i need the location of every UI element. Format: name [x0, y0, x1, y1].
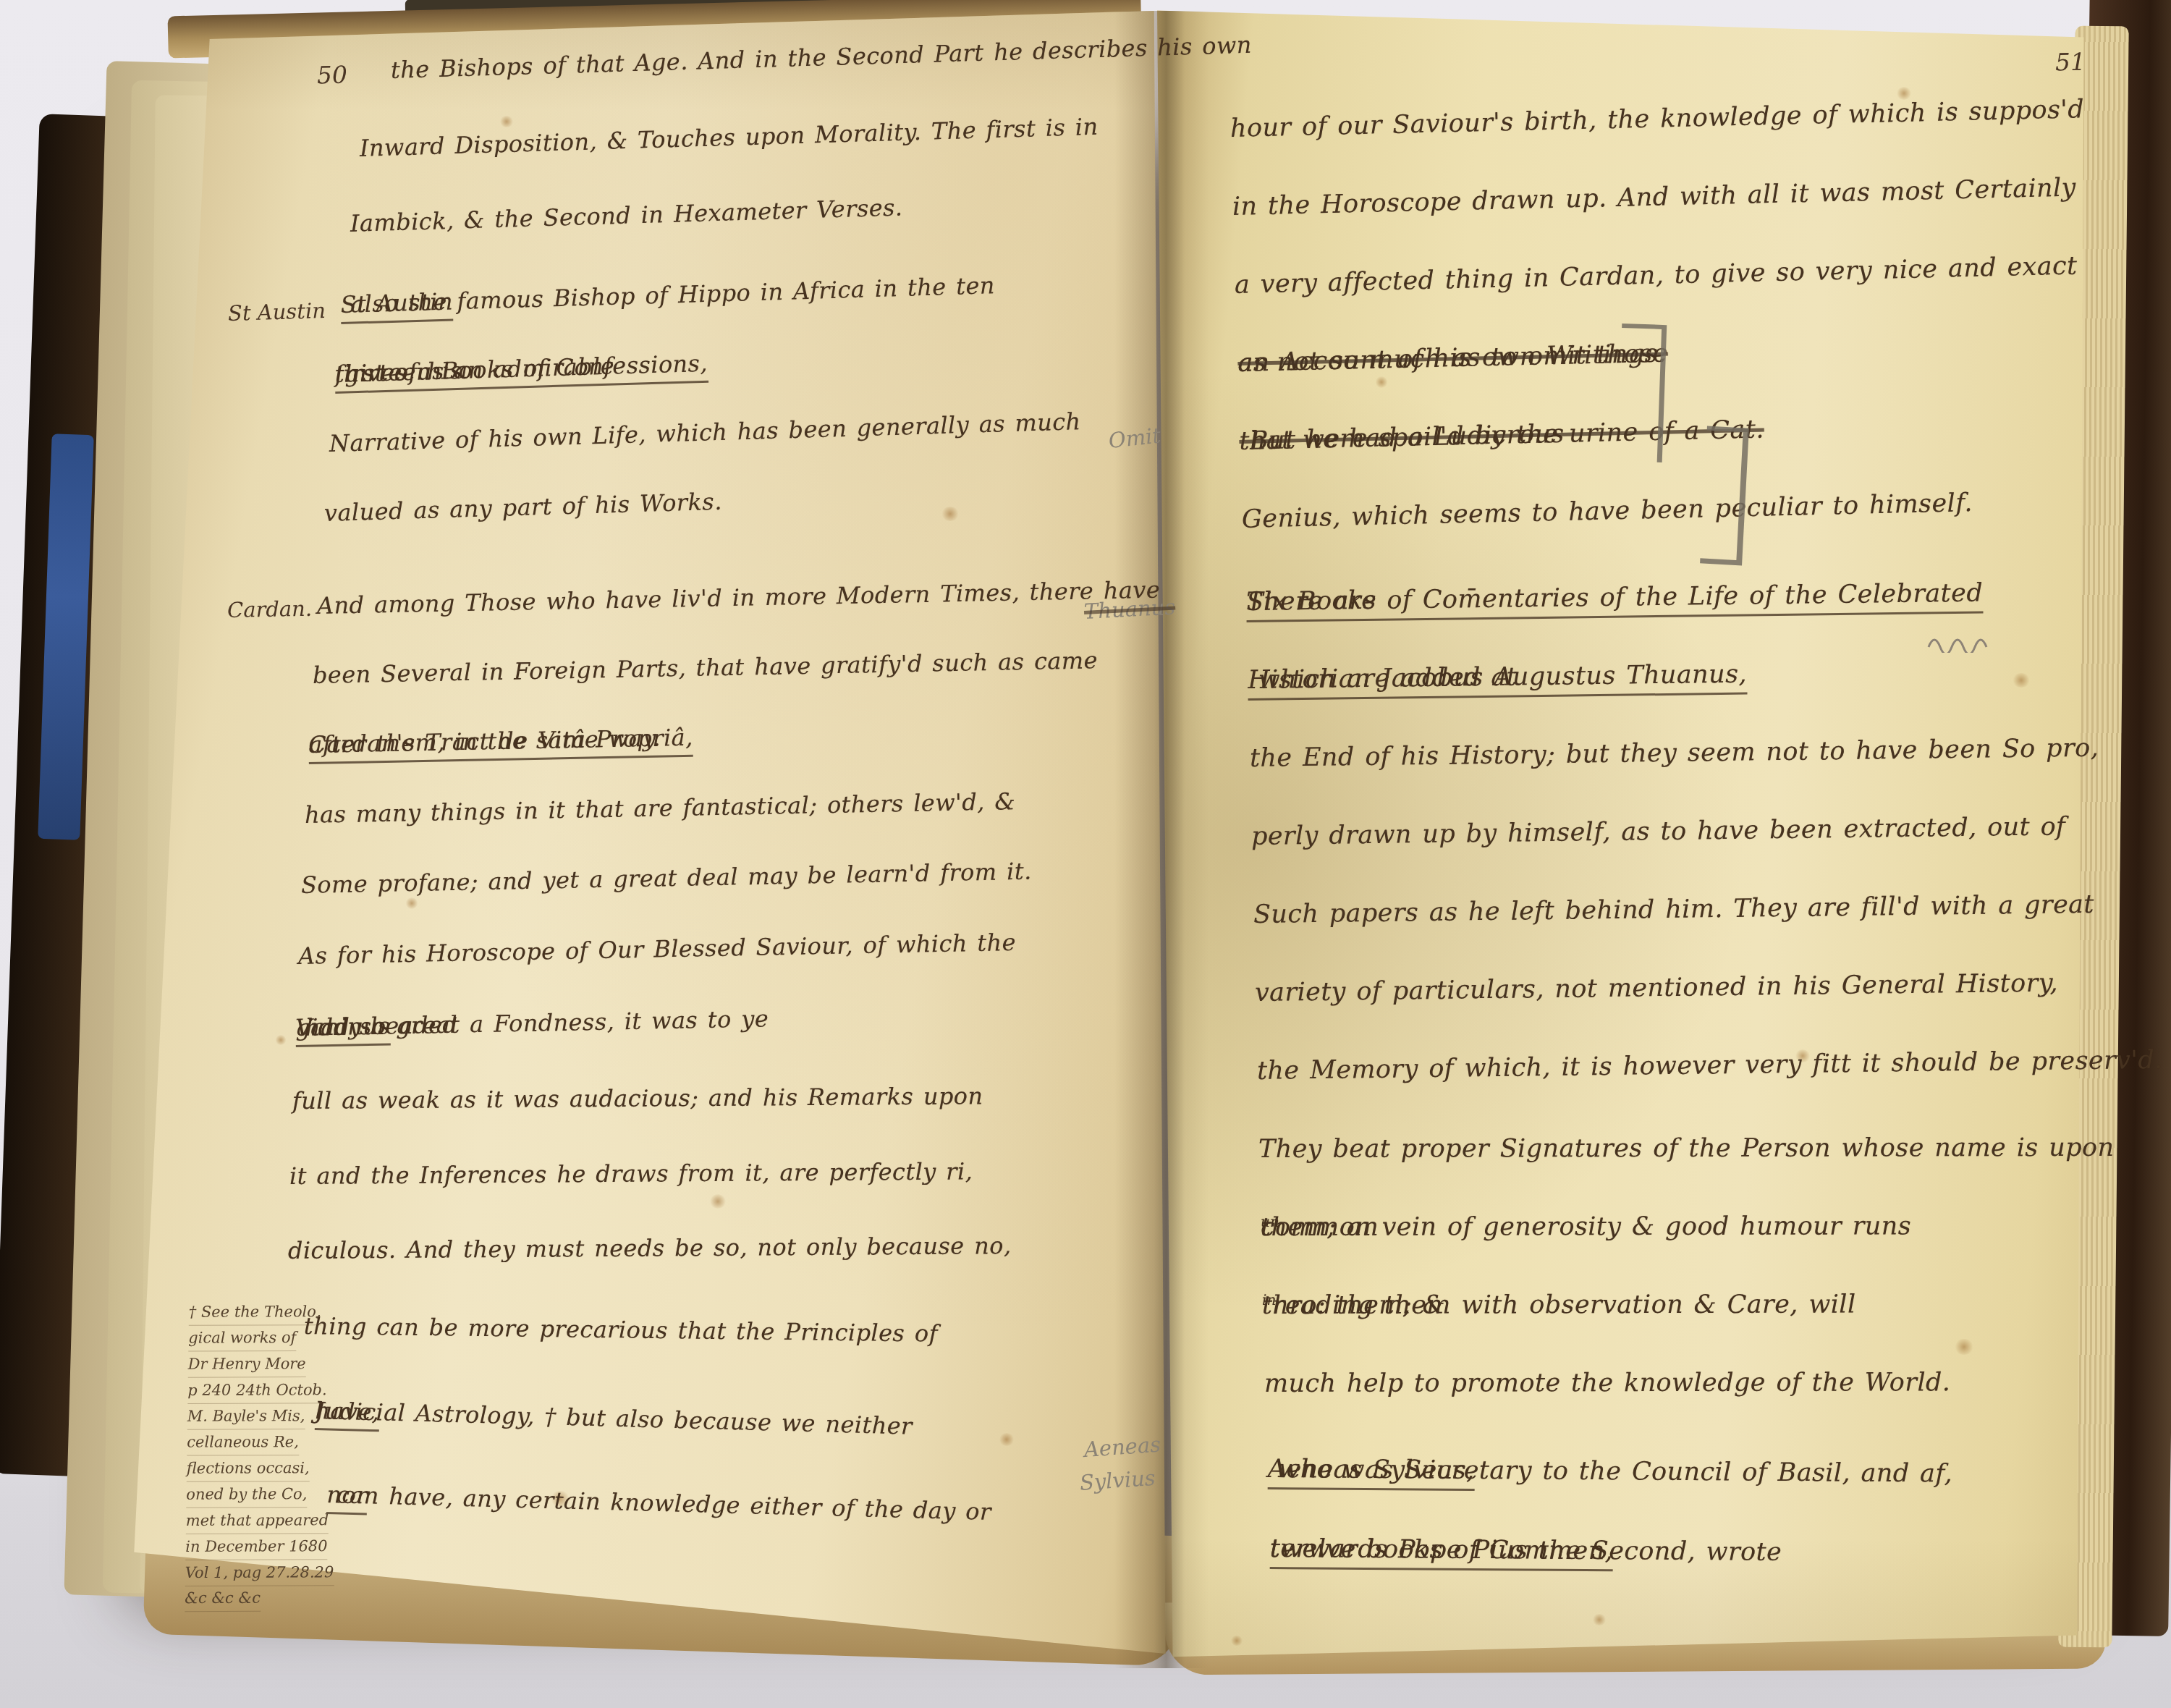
line-segment: reading them with observation & Care, wi…	[1262, 1290, 1856, 1320]
foxing-spot	[1230, 1636, 1243, 1646]
footnote-line: in December 1680	[185, 1534, 327, 1560]
foxing-spot	[275, 1035, 287, 1045]
foxing-spot	[499, 116, 514, 127]
footnote-line: Dr Henry More	[188, 1351, 306, 1378]
footnote-line: cellaneous Re,	[187, 1429, 299, 1456]
footnote-line: flections occasi,	[187, 1455, 310, 1482]
margin-note-austin: St Austin	[227, 298, 326, 326]
foxing-spot	[405, 897, 418, 909]
footnote-line: M. Bayle's Mis,	[187, 1403, 305, 1430]
manuscript-line: diculous. And they must needs be so, not…	[288, 1232, 1012, 1264]
foxing-spot	[2012, 673, 2031, 688]
page-number-right: 51	[2055, 48, 2086, 77]
line-segment: which are added at	[1248, 662, 1517, 695]
pencil-bracket	[1700, 426, 1749, 566]
underlined-phrase: twelve books of Commen,	[1270, 1534, 1614, 1571]
gutter-shadow	[1114, 11, 1209, 1668]
manuscript-line: it and the Inferences he draws from it, …	[289, 1157, 973, 1190]
foxing-spot	[941, 507, 960, 521]
manuscript-line: much help to promote the knowledge of th…	[1264, 1368, 1950, 1398]
foxing-spot	[1592, 1614, 1607, 1625]
line-segment: common vein of generosity & good humour …	[1261, 1212, 1911, 1242]
margin-note-thuanus: Thuanus	[1083, 594, 1176, 624]
footnote-line: met that appeared	[186, 1508, 329, 1534]
foxing-spot	[1375, 376, 1388, 388]
margin-note-cardan: Cardan.	[227, 596, 313, 622]
foxing-spot	[999, 1433, 1015, 1446]
footnote-block: † See the Theolo, gical works of Dr Henr…	[185, 1298, 370, 1613]
footnote-line: &c &c &c	[185, 1586, 261, 1612]
foxing-spot	[1896, 87, 1912, 100]
page-number-left: 50	[316, 60, 347, 89]
foxing-spot	[709, 1194, 727, 1209]
foxing-spot	[1954, 1339, 1974, 1355]
manuscript-line: full as weak as it was audacious; and hi…	[292, 1082, 983, 1115]
footnote-line: Vol 1, pag 27.28.29	[185, 1560, 334, 1586]
margin-note-sylvius: Sylvius	[1079, 1466, 1156, 1495]
manuscript-line: They beat proper Signatures of the Perso…	[1258, 1133, 2114, 1164]
pencil-bracket	[1617, 324, 1667, 462]
footnote-line: gical works of	[188, 1325, 296, 1352]
footnote-line: p 240 24th Octob.	[187, 1377, 327, 1404]
footnote-line: oned by the Co,	[186, 1481, 307, 1508]
footnote-line: † See the Theolo,	[189, 1299, 321, 1326]
photo-of-open-manuscript-book: 50 the Bishops of that Age. And in the S…	[0, 0, 2171, 1708]
line-segment: who was Secretary to the Council of Basi…	[1268, 1455, 1952, 1489]
